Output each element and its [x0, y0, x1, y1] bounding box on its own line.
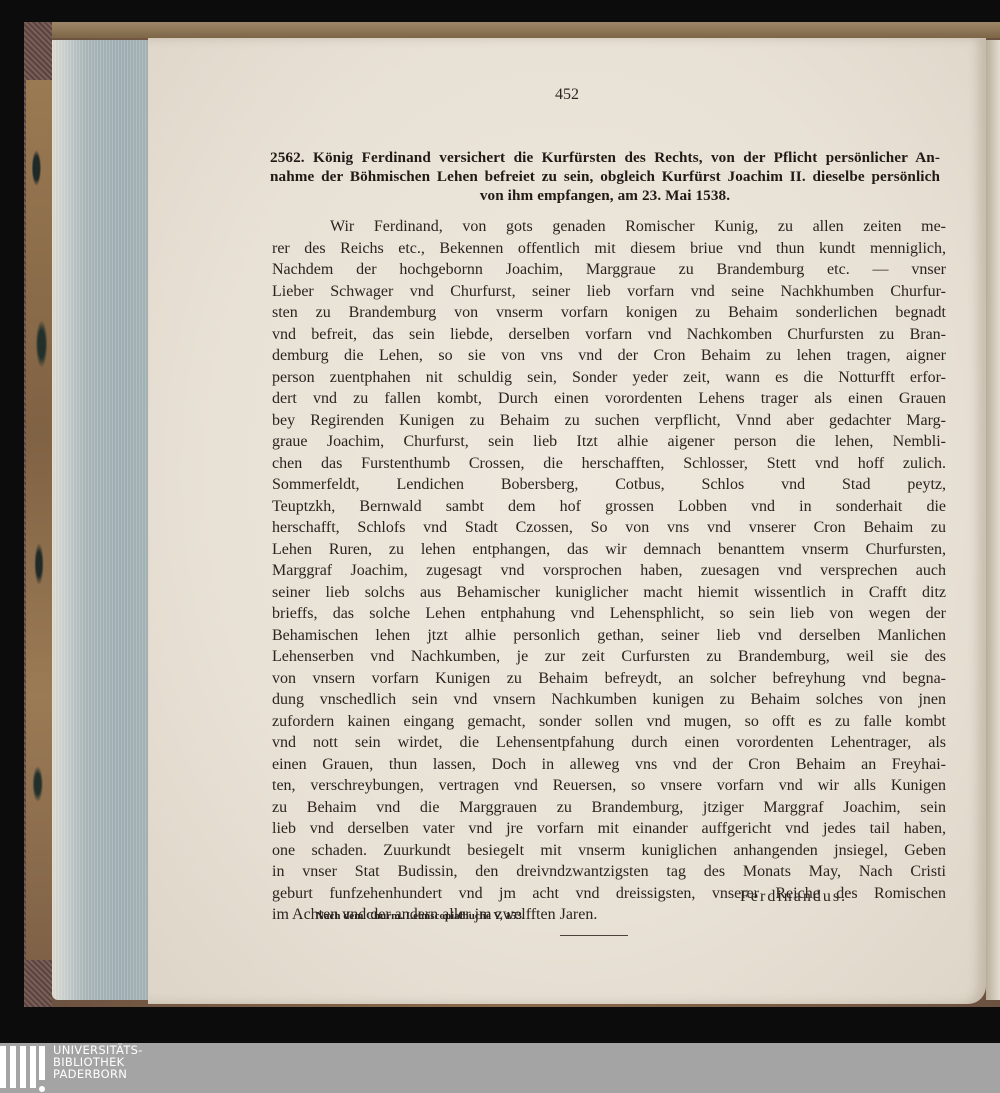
- body-line: einen Grauen, thun lassen, Doch in allew…: [272, 754, 946, 776]
- logo-line: PADERBORN: [53, 1068, 143, 1080]
- library-logo-icon: [0, 1046, 48, 1090]
- body-line: sten zu Brandemburg von vnserm vorfarn k…: [272, 302, 946, 324]
- body-line: zufordern kainen eingang gemacht, sonder…: [272, 711, 946, 733]
- body-line: ten, verschreybungen, vertragen vnd Reue…: [272, 775, 946, 797]
- body-line: zu Behaim vnd die Marggrauen zu Brandemb…: [272, 797, 946, 819]
- body-line: dert vnd zu fallen kombt, Durch einen vo…: [272, 388, 946, 410]
- body-line: brieffs, das solche Lehen entphahung vnd…: [272, 603, 946, 625]
- body-line: Lehen Ruren, zu lehen entphangen, das wi…: [272, 539, 946, 561]
- body-line: Lieber Schwager vnd Churfurst, seiner li…: [272, 281, 946, 303]
- document-body: Wir Ferdinand, von gots genaden Romische…: [272, 216, 946, 926]
- body-line: Nachdem der hochgebornn Joachim, Marggra…: [272, 259, 946, 281]
- body-line: Sommerfeldt, Lendichen Bobersberg, Cotbu…: [272, 474, 946, 496]
- next-page-edge: [986, 40, 1000, 1000]
- body-line: rer des Reichs etc., Bekennen offentlich…: [272, 238, 946, 260]
- body-line: in vnser Stat Budissin, den dreivndzwant…: [272, 861, 946, 883]
- page-number: 452: [148, 86, 986, 104]
- body-line: graue Joachim, Churfurst, sein lieb Itzt…: [272, 431, 946, 453]
- body-line: Marggraf Joachim, zugesagt vnd vorsproch…: [272, 560, 946, 582]
- book-page: 452 2562. König Ferdinand versichert die…: [148, 38, 986, 1004]
- heading-line: 2562. König Ferdinand versichert die Kur…: [270, 148, 940, 167]
- marbled-endpaper: [26, 80, 52, 960]
- section-rule-divider: [560, 935, 628, 936]
- book-cover-top-edge: [24, 22, 1000, 38]
- document-heading: 2562. König Ferdinand versichert die Kur…: [270, 148, 940, 205]
- signature: Ferdinandus.: [740, 888, 847, 906]
- page-edges-stack: [52, 40, 148, 1000]
- source-footnote: Nach dem Churm. Lehnscopialbuche V, 153.: [316, 910, 525, 922]
- body-line: demburg die Lehen, so sie von vns vnd de…: [272, 345, 946, 367]
- body-line: herschafft, Schlofs vnd Stadt Czossen, S…: [272, 517, 946, 539]
- library-logo-bar: UNIVERSITÄTS- BIBLIOTHEK PADERBORN: [0, 1043, 1000, 1093]
- body-line: seiner lieb solchs aus Behamischer kunig…: [272, 582, 946, 604]
- body-line: Behamischen lehen jtzt alhie personlich …: [272, 625, 946, 647]
- body-line: person zuentphahen nit schuldig sein, So…: [272, 367, 946, 389]
- body-line: dung vnschedlich sein vnd vnsern Nachkum…: [272, 689, 946, 711]
- body-line: von vnsern vorfarn Kunigen zu Behaim bef…: [272, 668, 946, 690]
- body-line: vnd befreit, das sein liebde, derselben …: [272, 324, 946, 346]
- body-line: vnd nott sein wirdet, die Lehensentpfahu…: [272, 732, 946, 754]
- body-line: Lehenserben vnd Nachkumben, je zur zeit …: [272, 646, 946, 668]
- library-logo-text: UNIVERSITÄTS- BIBLIOTHEK PADERBORN: [53, 1044, 143, 1080]
- body-line: Wir Ferdinand, von gots genaden Romische…: [272, 216, 946, 238]
- body-line: Teuptzkh, Bernwald sambt dem hof grossen…: [272, 496, 946, 518]
- heading-line: nahme der Böhmischen Lehen befreiet zu s…: [270, 167, 940, 186]
- body-line: chen das Furstenthumb Crossen, die hersc…: [272, 453, 946, 475]
- body-line: bey Regirenden Kunigen zu Behaim zu such…: [272, 410, 946, 432]
- heading-line: von ihm empfangen, am 23. Mai 1538.: [270, 186, 940, 205]
- body-line: lieb vnd derselben vater vnd jre vorfarn…: [272, 818, 946, 840]
- body-line: one schaden. Zuurkundt besiegelt mit vns…: [272, 840, 946, 862]
